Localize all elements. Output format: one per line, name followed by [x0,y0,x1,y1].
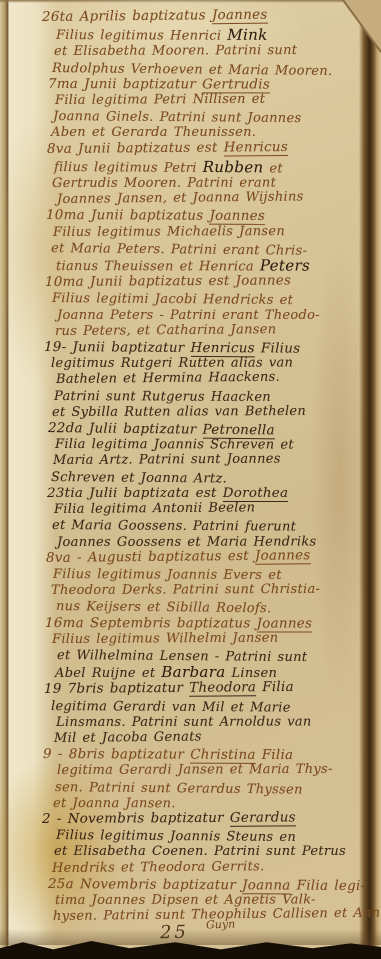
manuscript-page: 26ta Aprilis baptizatus JoannesFilius le… [0,0,381,959]
manuscript-line: Joannes Jansen, et Joanna Wijshins [57,189,378,209]
underlined-name: Theodora [189,681,256,698]
manuscript-line: 2 - Novembris baptizatur Gerardus [42,810,363,828]
manuscript-line: Filia legitima Antonii Beelen [54,499,375,518]
manuscript-line: 26ta Aprilis baptizatus Joannes [42,7,363,27]
manuscript-line: Maria Artz. Patrini sunt Joannes [53,451,374,469]
underlined-name: Joannes [209,209,265,225]
emphasized-name: Peters [260,256,310,274]
underlined-name: Joannes [212,8,268,25]
manuscript-line: 8va Junii baptizatus est Henricus [47,139,368,158]
underlined-name: Joannes [255,548,311,565]
underlined-name: Gerardus [230,810,296,826]
manuscript-line: Hendriks et Theodora Gerrits. [52,858,373,877]
left-page-edge [0,0,9,959]
manuscript-line: rus Peters, et Catharina Jansen [55,321,376,340]
emphasized-name: Rubben [203,158,264,176]
manuscript-line: et Sybilla Rutten alias van Bethelen [52,404,373,422]
manuscript-line: 8va - Augusti baptizatus est Joannes [46,547,367,567]
emphasized-name: Barbara [161,663,225,681]
manuscript-line: Mil et Jacoba Genats [54,728,375,748]
underlined-name: Henricus [224,140,288,157]
manuscript-line: Bathelen et Hermina Haackens. [56,369,377,389]
emphasized-name: Mink [227,26,267,44]
manuscript-lines: 26ta Aprilis baptizatus JoannesFilius le… [52,10,373,925]
manuscript-line: Filius legitimus Michaelis Jansen [53,223,374,241]
manuscript-line: 19 7bris baptizatur Theodora Filia [44,680,365,699]
manuscript-line: Filius legitimus Wilhelmi Jansen [52,630,373,648]
manuscript-line: legitima Gerardi Jansen et Maria Thys- [57,762,378,780]
manuscript-line: Theodora Derks. Patrini sunt Christia- [51,582,372,600]
manuscript-line: et Elisabetha Mooren. Patrini sunt [54,43,375,61]
bottom-shadow [0,929,381,945]
manuscript-line: 10ma Junii baptizatus est Joannes [45,273,366,291]
manuscript-line: Filia legitima Petri Nillisen et [55,91,376,109]
